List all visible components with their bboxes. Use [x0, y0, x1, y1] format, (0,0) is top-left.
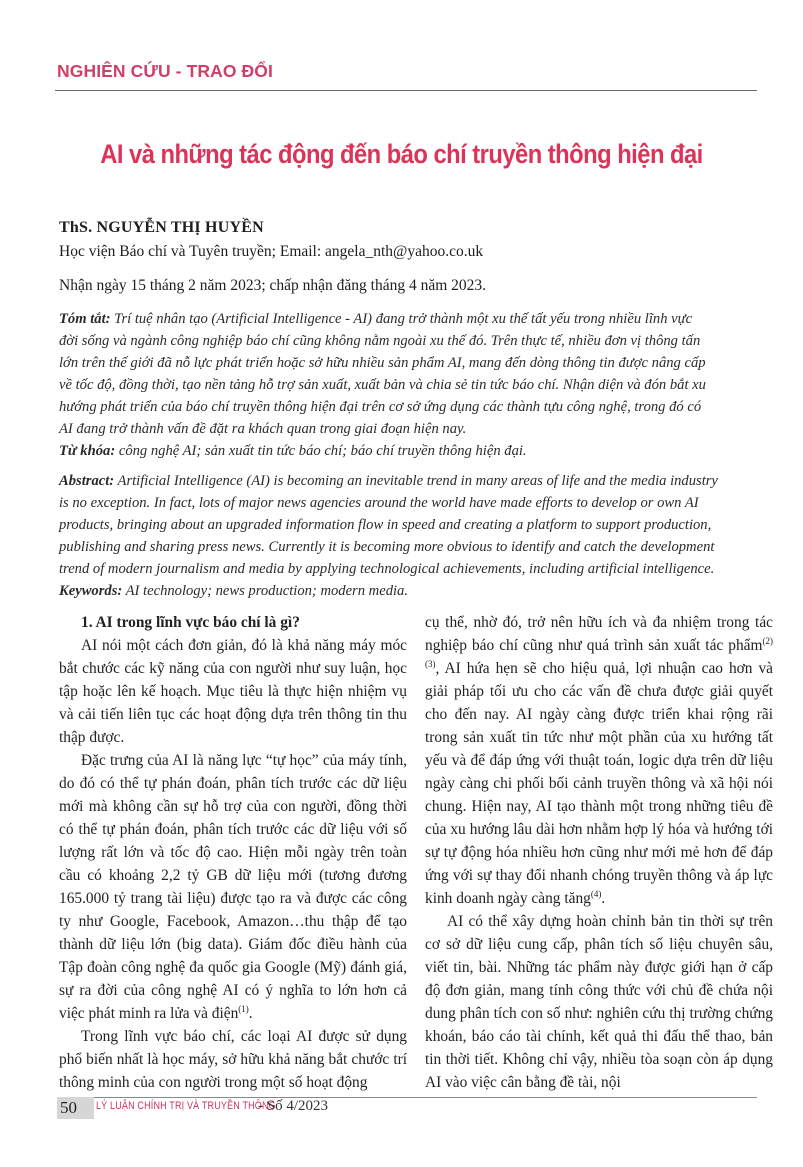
paragraph: Đặc trưng của AI là năng lực “tự học” củ… [59, 749, 407, 1025]
keywords-vi: Từ khóa: công nghệ AI; sản xuất tin tức … [59, 440, 779, 462]
abstract-vi-line: hướng phát triển của báo chí truyền thôn… [59, 396, 779, 418]
received-date: Nhận ngày 15 tháng 2 năm 2023; chấp nhận… [59, 277, 486, 295]
abstract-en-label: Abstract: [59, 473, 114, 489]
abstract-vi-line: AI đang trở thành vấn đề đặt ra khách qu… [59, 418, 779, 440]
abstract-en-line: Abstract: Artificial Intelligence (AI) i… [59, 470, 779, 492]
abstract-en-line: trend of modern journalism and media by … [59, 558, 779, 580]
paragraph: cụ thể, nhờ đó, trở nên hữu ích và đa nh… [425, 611, 773, 910]
keywords-en: Keywords: AI technology; news production… [59, 580, 779, 602]
page-number: 50 [57, 1097, 94, 1119]
abstract-vi-line: lớn trên thế giới đã nỗ lực phát triển h… [59, 352, 779, 374]
section-label: NGHIÊN CỨU - TRAO ĐỔI [57, 61, 273, 82]
keywords-vi-label: Từ khóa: [59, 443, 115, 459]
footnote-ref[interactable]: (4) [591, 889, 602, 899]
abstract-vietnamese: Tóm tắt: Trí tuệ nhân tạo (Artificial In… [59, 308, 779, 462]
footer-divider [57, 1097, 757, 1098]
abstract-en-line: publishing and sharing press news. Curre… [59, 536, 779, 558]
abstract-en-line: products, bringing about an upgraded inf… [59, 514, 779, 536]
author-affiliation: Học viện Báo chí và Tuyên truyền; Email:… [59, 243, 483, 261]
article-title: AI và những tác động đến báo chí truyền … [48, 139, 755, 170]
abstract-english: Abstract: Artificial Intelligence (AI) i… [59, 470, 779, 602]
section-heading: 1. AI trong lĩnh vực báo chí là gì? [59, 611, 407, 634]
abstract-vi-line: đời sống và ngành công nghiệp báo chí cũ… [59, 330, 779, 352]
abstract-vi-label: Tóm tắt: [59, 311, 110, 327]
paragraph: AI có thể xây dựng hoàn chỉnh bản tin th… [425, 910, 773, 1094]
journal-name: LÝ LUẬN CHÍNH TRỊ VÀ TRUYỀN THÔNG [96, 1100, 276, 1112]
body-column-left: 1. AI trong lĩnh vực báo chí là gì? AI n… [59, 611, 407, 1094]
keywords-en-label: Keywords: [59, 583, 122, 599]
abstract-en-line: is no exception. In fact, lots of major … [59, 492, 779, 514]
footnote-ref[interactable]: (1) [238, 1004, 249, 1014]
abstract-vi-line: về tốc độ, đồng thời, tạo nền tảng hỗ tr… [59, 374, 779, 396]
author-name: ThS. NGUYỄN THỊ HUYỀN [59, 219, 264, 237]
body-column-right: cụ thể, nhờ đó, trở nên hữu ích và đa nh… [425, 611, 773, 1094]
section-divider [55, 90, 757, 91]
issue-number: - Số 4/2023 [258, 1098, 328, 1115]
paragraph: Trong lĩnh vực báo chí, các loại AI được… [59, 1025, 407, 1094]
paragraph: AI nói một cách đơn giản, đó là khả năng… [59, 634, 407, 749]
abstract-vi-line: Tóm tắt: Trí tuệ nhân tạo (Artificial In… [59, 308, 779, 330]
